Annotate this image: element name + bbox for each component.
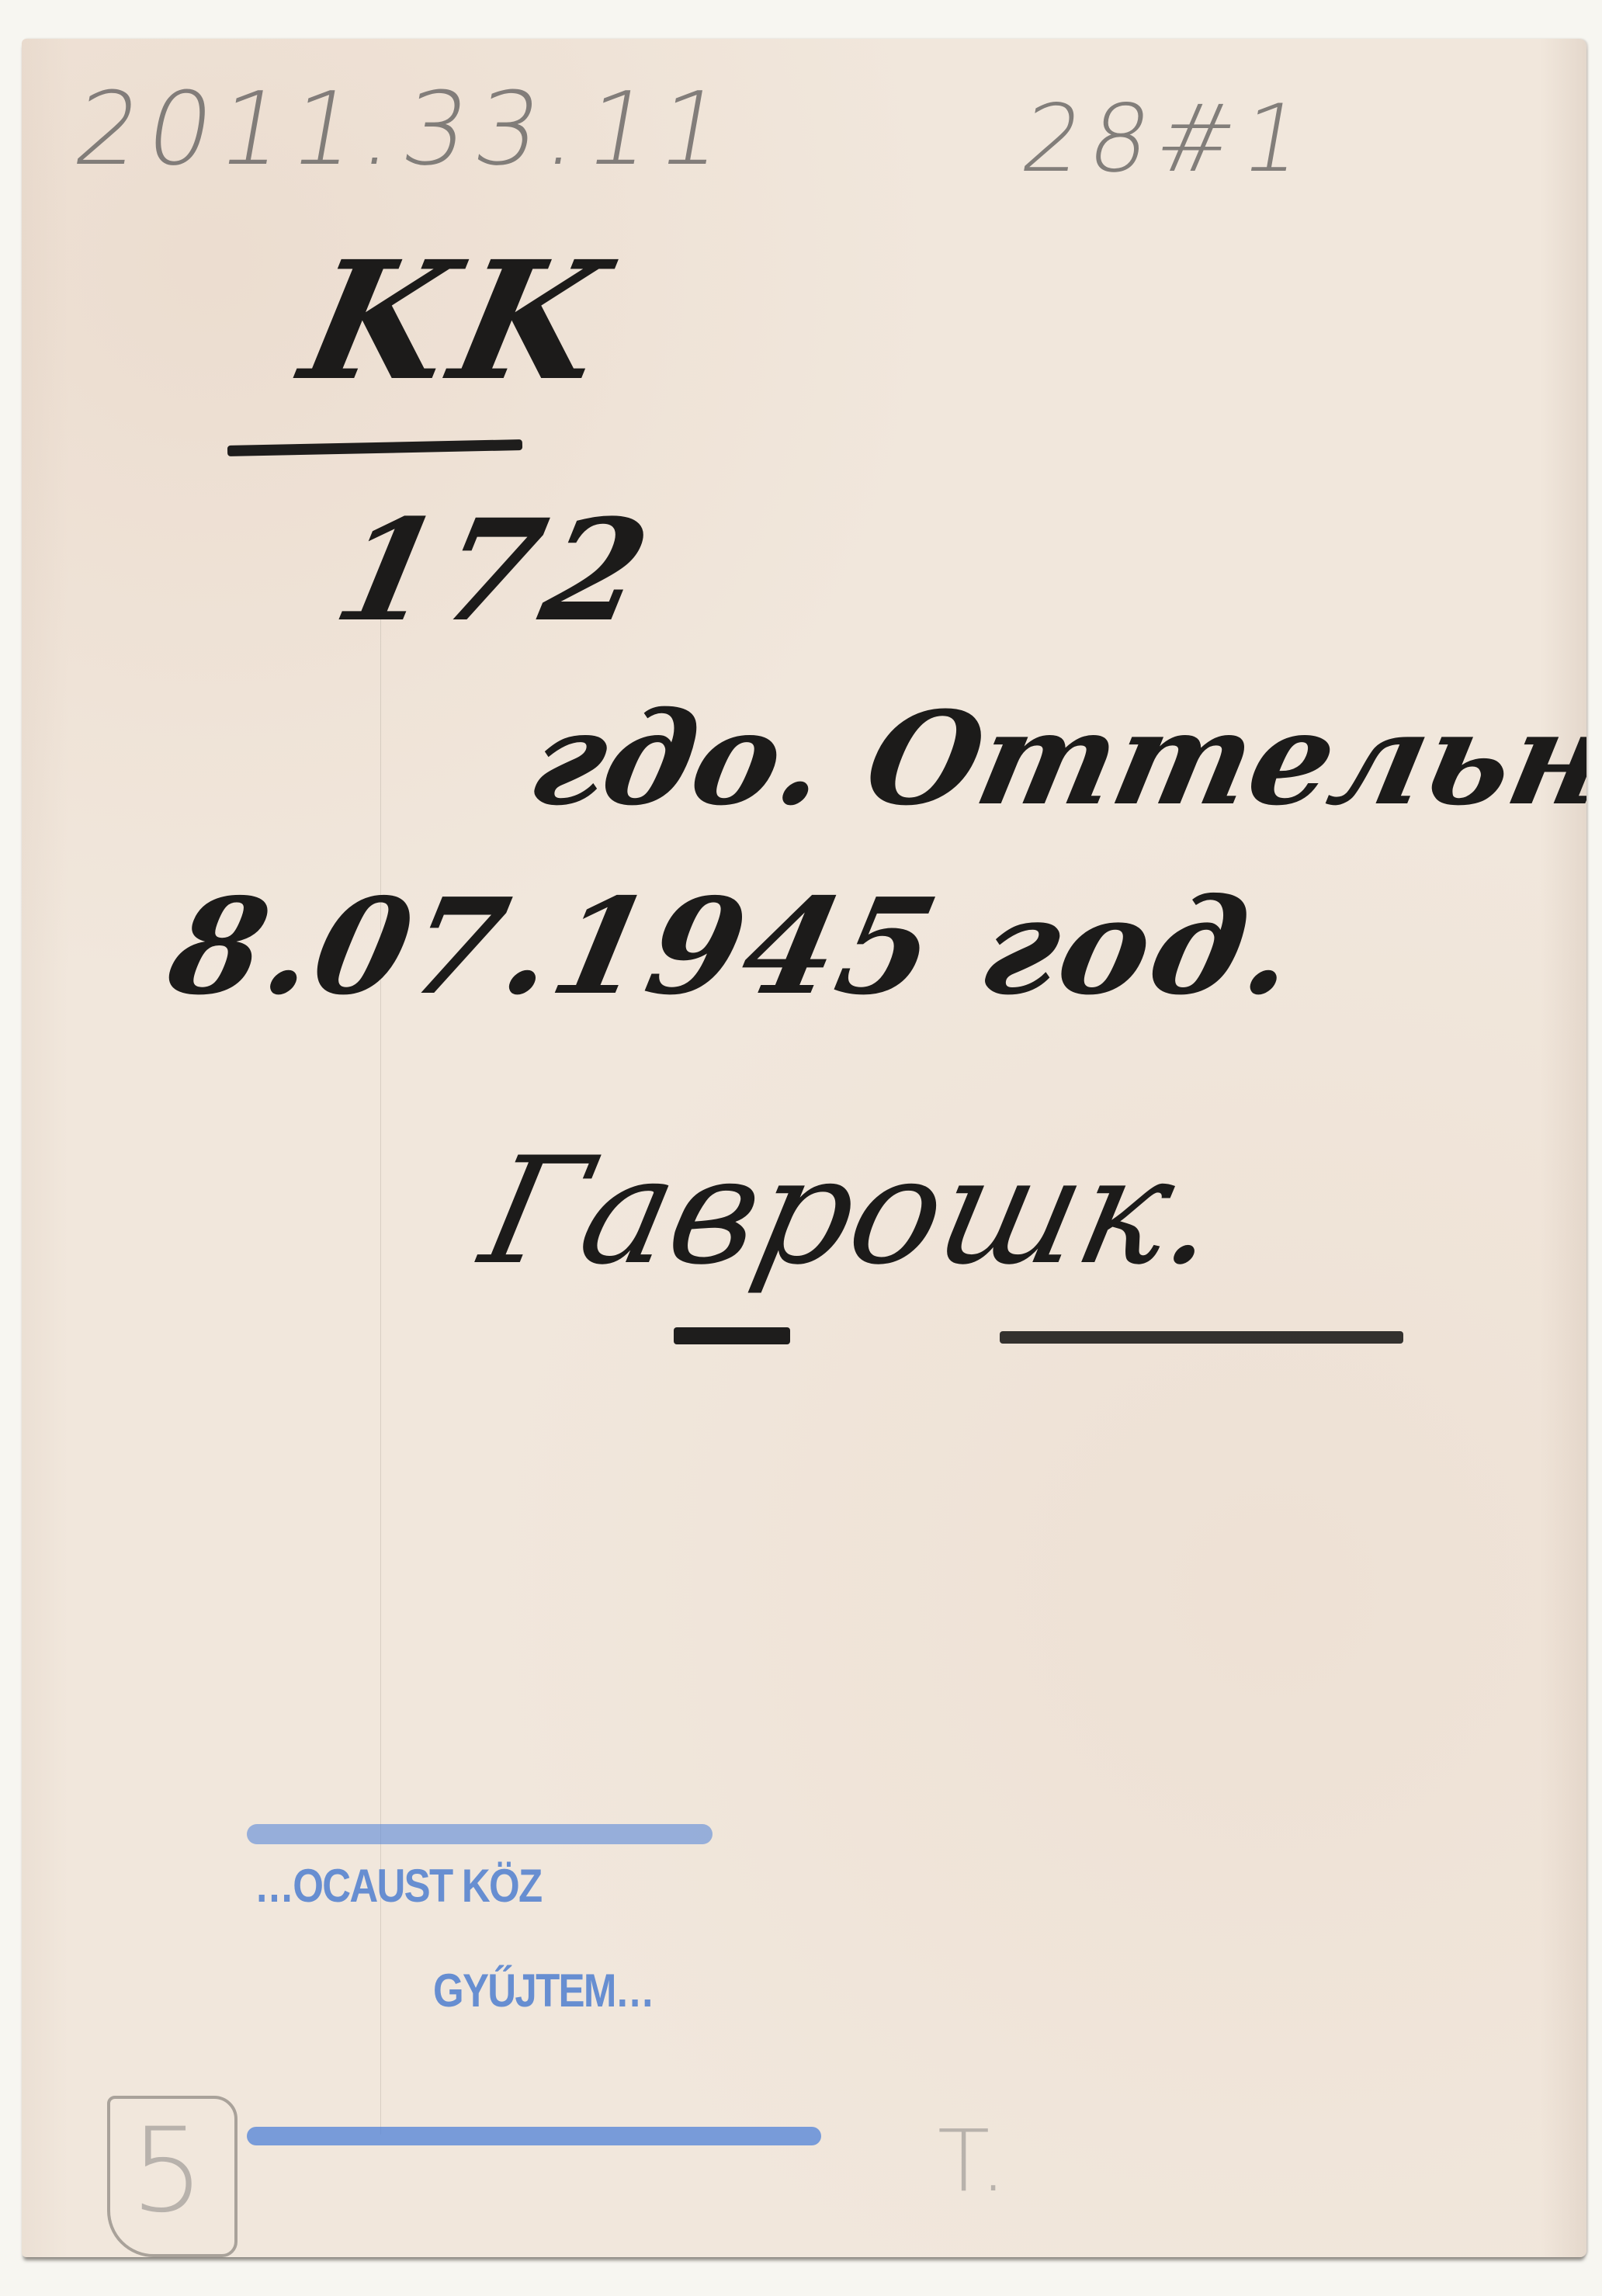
fraction-rule <box>227 439 522 456</box>
pencil-fragment-right: T. <box>938 2111 1007 2211</box>
unit-code: KK <box>289 225 629 417</box>
stamp-top-bar <box>247 1824 713 1844</box>
location-line: гдо. Оттельн. <box>518 683 1586 834</box>
stamp-line-2: GYŰJTEM… <box>433 1964 654 2017</box>
accession-number: 2011.33.11 <box>66 70 742 188</box>
pencil-fragment-left: 5 <box>130 2104 204 2239</box>
photo-card-verso: 2011.33.11 28#1 KK 172 гдо. Оттельн. 8.0… <box>22 39 1586 2257</box>
stamp-line-1: …OCAUST KÖZ <box>255 1859 541 1913</box>
item-number: 28#1 <box>1014 85 1319 193</box>
signature-underline-short <box>674 1327 790 1344</box>
signature-underline-long <box>1000 1331 1403 1344</box>
stamp-bottom-bar <box>247 2127 821 2145</box>
signature: Гаврошк. <box>470 1125 1236 1297</box>
unit-number: 172 <box>323 489 668 653</box>
date-line: 8.07.1945 год. <box>157 869 1313 1025</box>
